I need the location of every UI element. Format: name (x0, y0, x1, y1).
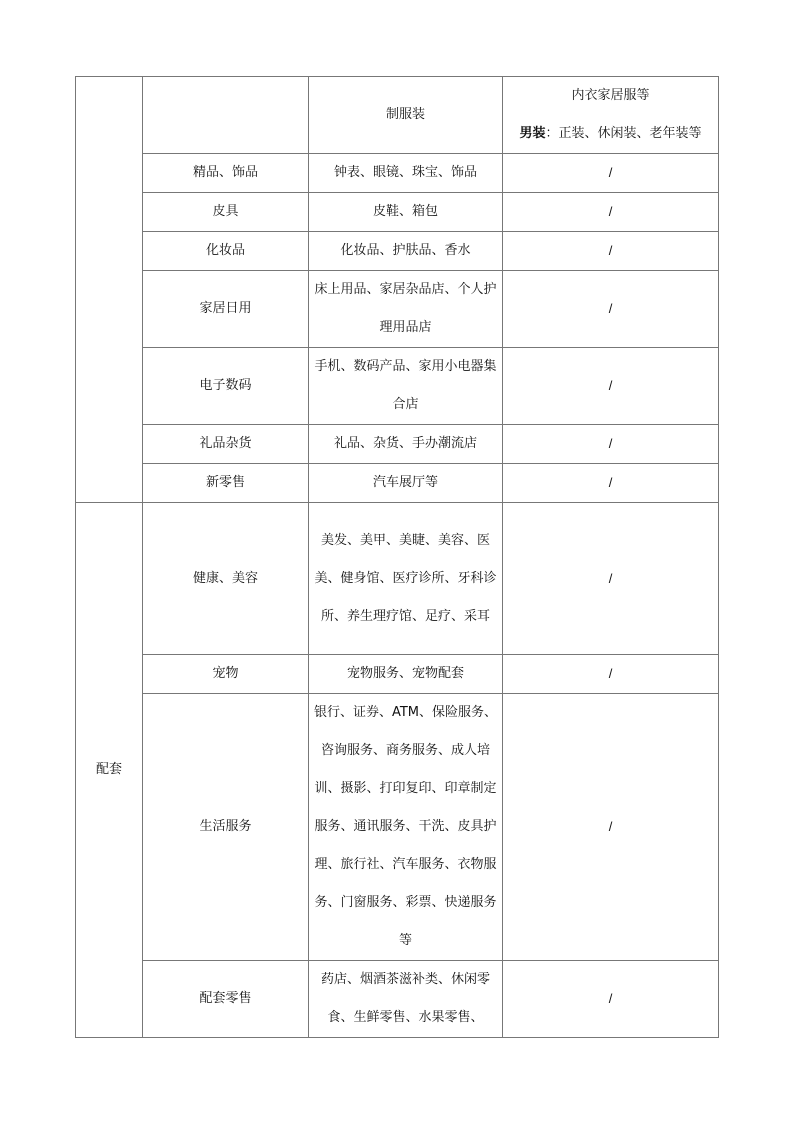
content-cell: 银行、证券、ATM、保险服务、咨询服务、商务服务、成人培训、摄影、打印复印、印章… (309, 694, 503, 961)
category-table: 制服装 内衣家居服等 男装：正装、休闲装、老年装等 精品、饰品 钟表、眼镜、珠宝… (75, 76, 719, 1038)
menswear-label: 男装 (519, 126, 545, 141)
note-cell: / (503, 503, 719, 655)
group-label-cell (76, 77, 143, 503)
table-row: 生活服务 银行、证券、ATM、保险服务、咨询服务、商务服务、成人培训、摄影、打印… (76, 694, 719, 961)
content-cell: 药店、烟酒茶滋补类、休闲零食、生鲜零售、水果零售、 (309, 961, 503, 1038)
category-cell: 健康、美容 (143, 503, 309, 655)
content-cell: 皮鞋、箱包 (309, 193, 503, 232)
table-row: 配套零售 药店、烟酒茶滋补类、休闲零食、生鲜零售、水果零售、 / (76, 961, 719, 1038)
table-row: 精品、饰品 钟表、眼镜、珠宝、饰品 / (76, 154, 719, 193)
content-cell: 汽车展厅等 (309, 464, 503, 503)
content-cell: 手机、数码产品、家用小电器集合店 (309, 348, 503, 425)
category-cell: 生活服务 (143, 694, 309, 961)
table-row: 配套 健康、美容 美发、美甲、美睫、美容、医美、健身馆、医疗诊所、牙科诊所、养生… (76, 503, 719, 655)
category-cell (143, 77, 309, 154)
table-row: 化妆品 化妆品、护肤品、香水 / (76, 232, 719, 271)
note-cell: / (503, 694, 719, 961)
note-cell: / (503, 193, 719, 232)
content-cell: 化妆品、护肤品、香水 (309, 232, 503, 271)
category-cell: 皮具 (143, 193, 309, 232)
note-cell: / (503, 425, 719, 464)
content-cell: 宠物服务、宠物配套 (309, 655, 503, 694)
table-row: 制服装 内衣家居服等 男装：正装、休闲装、老年装等 (76, 77, 719, 154)
table-row: 电子数码 手机、数码产品、家用小电器集合店 / (76, 348, 719, 425)
content-cell: 礼品、杂货、手办潮流店 (309, 425, 503, 464)
note-cell: / (503, 655, 719, 694)
table-row: 礼品杂货 礼品、杂货、手办潮流店 / (76, 425, 719, 464)
category-cell: 配套零售 (143, 961, 309, 1038)
note-cell: / (503, 464, 719, 503)
category-cell: 家居日用 (143, 271, 309, 348)
table-row: 新零售 汽车展厅等 / (76, 464, 719, 503)
menswear-items: ：正装、休闲装、老年装等 (546, 126, 702, 141)
group-label-cell: 配套 (76, 503, 143, 1038)
table-row: 宠物 宠物服务、宠物配套 / (76, 655, 719, 694)
content-cell: 床上用品、家居杂品店、个人护理用品店 (309, 271, 503, 348)
note-line: 男装：正装、休闲装、老年装等 (507, 115, 714, 153)
table-row: 家居日用 床上用品、家居杂品店、个人护理用品店 / (76, 271, 719, 348)
note-cell: / (503, 348, 719, 425)
content-cell: 钟表、眼镜、珠宝、饰品 (309, 154, 503, 193)
note-line: 内衣家居服等 (507, 77, 714, 115)
content-cell: 美发、美甲、美睫、美容、医美、健身馆、医疗诊所、牙科诊所、养生理疗馆、足疗、采耳 (309, 503, 503, 655)
category-cell: 宠物 (143, 655, 309, 694)
note-cell: / (503, 961, 719, 1038)
table-row: 皮具 皮鞋、箱包 / (76, 193, 719, 232)
note-cell: / (503, 154, 719, 193)
note-cell: 内衣家居服等 男装：正装、休闲装、老年装等 (503, 77, 719, 154)
category-cell: 化妆品 (143, 232, 309, 271)
note-cell: / (503, 271, 719, 348)
category-cell: 电子数码 (143, 348, 309, 425)
note-cell: / (503, 232, 719, 271)
category-cell: 新零售 (143, 464, 309, 503)
category-cell: 礼品杂货 (143, 425, 309, 464)
category-cell: 精品、饰品 (143, 154, 309, 193)
content-cell: 制服装 (309, 77, 503, 154)
